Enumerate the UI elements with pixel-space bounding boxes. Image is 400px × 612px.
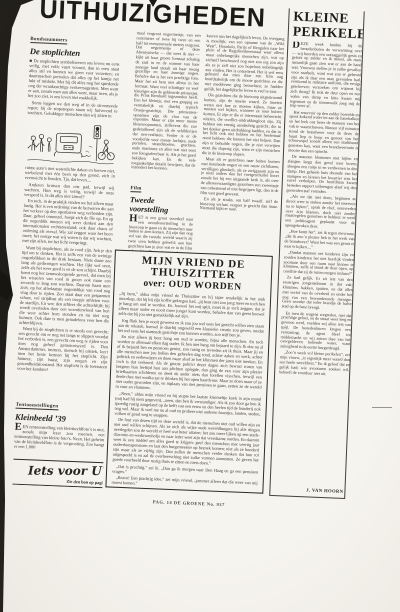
paragraph: DEZE week kookte bij de benedenburen de … (290, 42, 363, 112)
paragraph: „Jij bent,” aldus mijn vriend de Thuiszi… (118, 291, 265, 322)
featured-subtitle-text: OUD WORDEN (168, 280, 241, 293)
kleine-perikelen-body: DEZE week kookte bij de benedenburen de … (275, 42, 362, 469)
featured-article-box: MIJN VRIEND DE THUISZITTER over: OUD WOR… (105, 250, 272, 494)
paragraph: De fout van dezen tijd en deze wereld is… (112, 417, 260, 468)
paragraph: Soms leggen we den weg af in de stroomen… (27, 99, 118, 118)
paragraph: ruime auto’s met waterdichte daken en ho… (25, 165, 116, 184)
paragraph: Het reservoir op den zolder borrelde en … (288, 110, 360, 156)
printed-content: UITHUIZIGHEDEN Bondsnummers De stoplicht… (0, 0, 400, 612)
traffic-light-cartoon (25, 119, 117, 169)
paragraph: HET is een groot voordeel naar een avond… (128, 215, 193, 253)
paragraph: „Zoo’n week vol kleine perikelen”, zei m… (279, 351, 350, 378)
paragraph: „Hoe komt het”, zei ik tegen mevrouw, „d… (284, 230, 355, 252)
paragraph: En toch, in de praktijk vinden we het al… (22, 198, 114, 247)
stoplichten-article-body: ruime auto’s met waterdichte daken en ho… (16, 165, 115, 396)
page-footer-caption: PAG. 14 DE GROENE No. 937 (134, 499, 244, 508)
heading-line-2: PERIKELEN (293, 24, 364, 42)
paragraph: Want bij stoplichten, als ze rood zijn, … (19, 244, 112, 328)
author-signature: J. VAN HOORN (306, 487, 343, 493)
paragraph: Maar als er gezichten naar buiten komen … (200, 157, 279, 198)
paragraph: En niet alleen jij bent bang om oud te w… (115, 334, 263, 395)
paragraph: EEN tentoonstelling van kleinbeeldfoto’s… (14, 424, 105, 453)
featured-subtitle-prefix: over: (143, 279, 165, 290)
promo-title: Iets voor U? (28, 464, 109, 478)
column-1: Bondsnummers De stoplichten ■ De stoplic… (12, 27, 120, 488)
paragraph: „Als we dat niet doen, beginnen ze direc… (285, 195, 356, 231)
promo-box: Iets voor U? Zie den bon op pagina 23 (12, 458, 119, 488)
rubric-label-tentoonstellingen: Tentoonstellingen (15, 403, 58, 411)
paragraph: „Neen,” aldus mijn vriend en hij stopte … (114, 390, 261, 421)
paragraph: De mannen klommen met bijlen en slangen … (286, 155, 357, 196)
paragraph: keeren aan het dagelijksch leven. De ove… (204, 34, 284, 95)
kleine-perikelen-heading: KLEINE PERIKELEN (293, 9, 364, 42)
kleinbeeld-continuation: maal vergroot negermeisje, van een centi… (131, 31, 201, 178)
paragraph: maal vergroot negermeisje, van een centi… (131, 31, 201, 173)
paragraph: En toen de wagens wegreden, met dat prac… (280, 311, 351, 352)
kleinbeeld-article: Tentoonstellingen Kleinbeeld ’39 EEN ten… (14, 393, 106, 461)
stoplichten-article-top: Bondsnummers De stoplichten ■ De stoplic… (27, 27, 121, 123)
kleine-perikelen-column: KLEINE PERIKELEN DEZE week kookte bij de… (274, 9, 363, 498)
paragraph: Anderen kruisen dan ons pad, terwijl wij… (24, 181, 115, 200)
paragraph: Want bij de stoplichten is er steeds een… (17, 326, 109, 375)
column-3: keeren aan het dagelijksch leven. De ove… (198, 34, 285, 256)
newspaper-page-scan: UITHUIZIGHEDEN Bondsnummers De stoplicht… (0, 0, 400, 612)
paragraph: Ze had gelijk. Er zit iets van den eeuwi… (282, 276, 353, 312)
paragraph: ■ De stoplichten symboliseeren ons leven… (28, 58, 120, 102)
paragraph: En als je straks, om half twaalf, zelf d… (200, 197, 279, 215)
article-heading-tweede-voorstelling: Tweede voorstelling (129, 195, 194, 216)
column-2: maal vergroot negermeisje, van een centi… (128, 31, 201, 252)
film-article: Film Tweede voorstelling HET is een groo… (128, 176, 195, 253)
paragraph: „Omdat mannen net kinderen zijn en zoude… (283, 250, 354, 277)
rubric-label-film: Film (130, 186, 141, 192)
paragraph: Die gezichten die de bioscoop uitgestroo… (202, 93, 282, 158)
rubric-label: Bondsnummers (30, 37, 67, 44)
